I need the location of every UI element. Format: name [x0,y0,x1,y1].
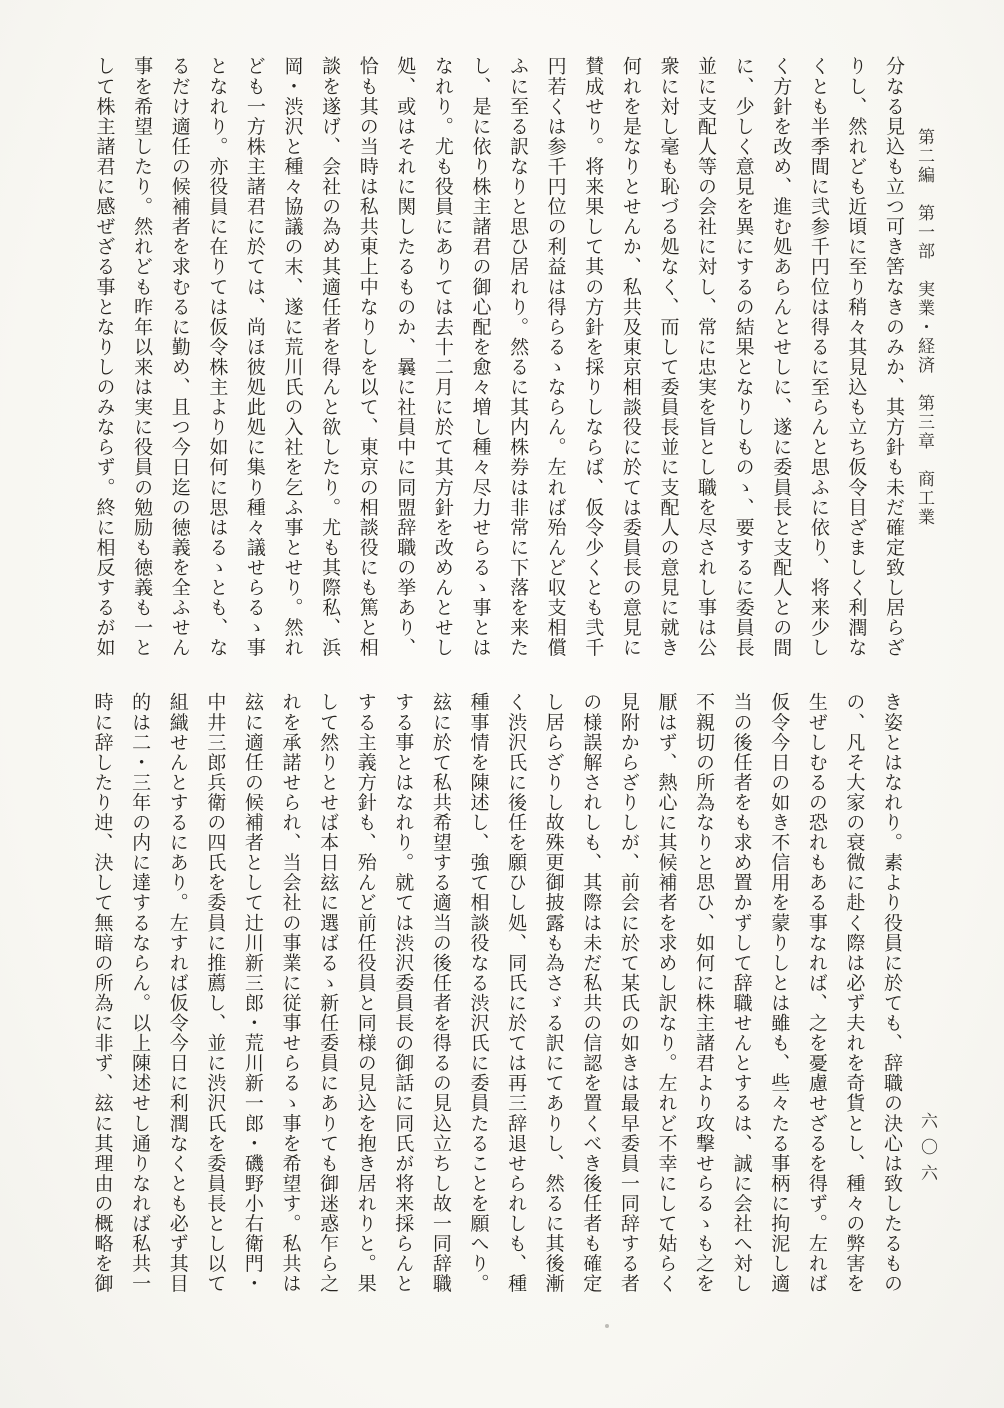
text-column: し、是に依り株主諸君の御心配を愈々増し種々尽力せらるゝ事とは [461,56,499,668]
text-column: し居らざりし故殊更御披露も為さゞる訳にてありし、然るに其後漸 [534,692,572,1304]
text-column: りし、然れども近頃に至り稍々其見込も立ち仮令目ざましく利潤な [837,56,875,668]
running-head: 第二編 第一部 実業・経済 第三章 商工業 [912,128,937,608]
text-column: 当の後任者をも求め置かずして辞職せんとするは、誠に会社へ対し [722,692,760,1304]
text-column: 的は二・三年の内に達するならん。以上陳述せし通りなれば私共一 [121,692,159,1304]
text-column: れを承諾せられ、当会社の事業に従事せらるゝ事を希望す。私共は [271,692,309,1304]
text-column: する主義方針も、殆んど前任役員と同様の見込を抱き居れりと。果 [346,692,384,1304]
text-column: 中井三郎兵衛の四氏を委員に推薦し、並に渋沢氏を委員長とし以て [196,692,234,1304]
text-column: 円若くは参千円位の利益は得らるゝならん。左れば殆んど収支相償 [536,56,574,668]
text-column: 事を希望したり。然れども昨年以来は実に役員の勉励も徳義も一と [123,56,161,668]
text-column: して株主諸君に感ぜざる事となりしのみならず。終に相反するが如 [85,56,123,668]
text-column: 衆に対し毫も恥づる処なく、而して委員長並に支配人の意見に就き [649,56,687,668]
text-column: ふに至る訳なりと思ひ居れり。然るに其内株券は非常に下落を来た [498,56,536,668]
text-column: く方針を改め、進む処あらんとせしに、遂に委員長と支配人との間 [762,56,800,668]
text-column: 生ぜしむるの恐れもある事なれば、之を憂慮せざるを得ず。左れば [797,692,835,1304]
text-column: 恰も其の当時は私共東上中なりしを以て、東京の相談役にも篤と相 [348,56,386,668]
text-block-bottom: き姿とはなれり。素より役員に於ても、辞職の決心は致したるものの、凡そ大家の衰微に… [78,692,910,1304]
text-column: 並に支配人等の会社に対し、常に忠実を旨とし職を尽されし事は公 [686,56,724,668]
page-number: 六〇六 [915,1112,940,1242]
text-column: 処、或はそれに関したるものか、曩に社員中に同盟辞職の挙あり、 [386,56,424,668]
text-column: く渋沢氏に後任を願ひし処、同氏に於ては再三辞退せられしも、種 [496,692,534,1304]
text-column: 厭はず、熱心に其候補者を求めし訳なり。左れど不幸にして姑らく [647,692,685,1304]
text-column: 何れを是なりとせんか、私共及東京相談役に於ては委員長の意見に [611,56,649,668]
text-column: となれり。亦役員に在りては仮令株主より如何に思はるゝとも、な [198,56,236,668]
scanned-book-page: 第二編 第一部 実業・経済 第三章 商工業 分なる見込も立つ可き筈なきのみか、其… [0,0,1004,1408]
text-column: 仮令今日の如き不信用を蒙りしとは雖も、些々たる事柄に拘泥し適 [760,692,798,1304]
text-column: 見附からざりしが、前会に於て某氏の如きは最早委員一同辞する者 [609,692,647,1304]
text-column: 種事情を陳述し、強て相談役なる渋沢氏に委員たることを願へり。 [459,692,497,1304]
text-column: 玆に於て私共希望する適当の後任者を得るの見込立ちし故一同辞職 [421,692,459,1304]
text-column: き姿とはなれり。素より役員に於ても、辞職の決心は致したるもの [872,692,910,1304]
text-column: 時に辞したり迚、決して無暗の所為に非ず、玆に其理由の概略を御 [83,692,121,1304]
text-column: なれり。尤も役員にありては去十二月に於て其方針を改めんとせし [423,56,461,668]
text-column: 組織せんとするにあり。左すれば仮令今日に利潤なくとも必ず其目 [158,692,196,1304]
text-column: の様誤解されしも、其際は未だ私共の信認を置くべき後任者も確定 [572,692,610,1304]
text-column: の、凡そ大家の衰微に赴く際は必ず夫れを奇貨とし、種々の弊害を [835,692,873,1304]
text-column: 岡・渋沢と種々協議の末、遂に荒川氏の入社を乞ふ事とせり。然れ [273,56,311,668]
text-column: くとも半季間に弐参千円位は得るに至らんと思ふに依り、将来少し [799,56,837,668]
text-column: に、少しく意見を異にするの結果となりしものゝ、要するに委員長 [724,56,762,668]
text-column: 談を遂げ、会社の為め其適任者を得んと欲したり。尤も其際私、浜 [311,56,349,668]
text-column: 玆に適任の候補者として辻川新三郎・荒川新一郎・磯野小右衛門・ [233,692,271,1304]
scan-speck [605,1324,609,1328]
text-column: るだけ適任の候補者を求むるに勤め、且つ今日迄の徳義を全ふせん [160,56,198,668]
text-column: 賛成せり。将来果して其の方針を採りしならば、仮令少くとも弐千 [574,56,612,668]
text-column: して然りとせば本日玆に選ばるゝ新任委員にありても御迷惑乍ら之 [309,692,347,1304]
text-block-top: 分なる見込も立つ可き筈なきのみか、其方針も未だ確定致し居らざりし、然れども近頃に… [84,56,912,668]
text-column: ども一方株主諸君に於ては、尚ほ彼処此処に集り種々議せらるゝ事 [235,56,273,668]
text-column: する事とはなれり。就ては渋沢委員長の御話に同氏が将来採らんと [384,692,422,1304]
text-column: 分なる見込も立つ可き筈なきのみか、其方針も未だ確定致し居らざ [874,56,912,668]
text-column: 不親切の所為なりと思ひ、如何に株主諸君より攻撃せらるゝも之を [684,692,722,1304]
